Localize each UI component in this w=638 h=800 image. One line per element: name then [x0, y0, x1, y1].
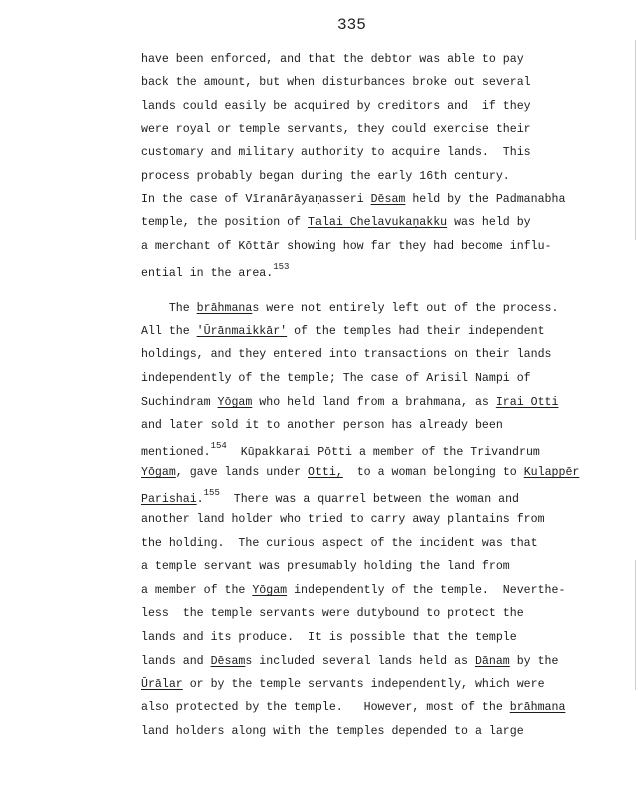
text-line: lands could easily be acquired by credit…: [141, 100, 531, 113]
text-line: ential in the area.153: [141, 264, 289, 280]
text-line: independently of the temple; The case of…: [141, 372, 531, 385]
text-line: Parishai.155 There was a quarrel between…: [141, 490, 519, 506]
text-line: In the case of Vīranārāyaṇasseri Dēsam h…: [141, 193, 565, 206]
text-line: less the temple servants were dutybound …: [141, 607, 524, 620]
text-line: lands and its produce. It is possible th…: [141, 631, 517, 644]
text-line: Ūrālar or by the temple servants indepen…: [141, 678, 545, 691]
footnote-ref: 153: [273, 262, 289, 272]
scan-edge: [635, 560, 636, 690]
footnote-ref: 155: [204, 488, 220, 498]
footnote-ref: 154: [211, 441, 227, 451]
text-line: holdings, and they entered into transact…: [141, 348, 552, 361]
text-line: Suchindram Yōgam who held land from a br…: [141, 396, 558, 409]
text-line: back the amount, but when disturbances b…: [141, 76, 531, 89]
text-line: also protected by the temple. However, m…: [141, 701, 565, 714]
scan-edge: [635, 40, 636, 240]
text-line: Yōgam, gave lands under Otti, to a woman…: [141, 466, 579, 479]
text-line: were royal or temple servants, they coul…: [141, 123, 531, 136]
page-number: 335: [337, 16, 366, 34]
text-line: lands and Dēsams included several lands …: [141, 655, 558, 668]
text-line: land holders along with the temples depe…: [141, 725, 524, 738]
text-line: temple, the position of Talai Chelavukaṇ…: [141, 216, 531, 229]
text-line: and later sold it to another person has …: [141, 419, 503, 432]
text-line: another land holder who tried to carry a…: [141, 513, 545, 526]
text-line: mentioned.154 Kūpakkarai Pōtti a member …: [141, 443, 540, 459]
text-line: process probably began during the early …: [141, 170, 510, 183]
text-line: the holding. The curious aspect of the i…: [141, 537, 538, 550]
text-line: All the 'Ūrānmaikkār' of the temples had…: [141, 325, 545, 338]
text-line: customary and military authority to acqu…: [141, 146, 531, 159]
text-line: have been enforced, and that the debtor …: [141, 53, 524, 66]
text-line: The brāhmanas were not entirely left out…: [141, 302, 558, 315]
text-line: a member of the Yōgam independently of t…: [141, 584, 565, 597]
text-line: a temple servant was presumably holding …: [141, 560, 510, 573]
text-line: a merchant of Kōttār showing how far the…: [141, 240, 552, 253]
